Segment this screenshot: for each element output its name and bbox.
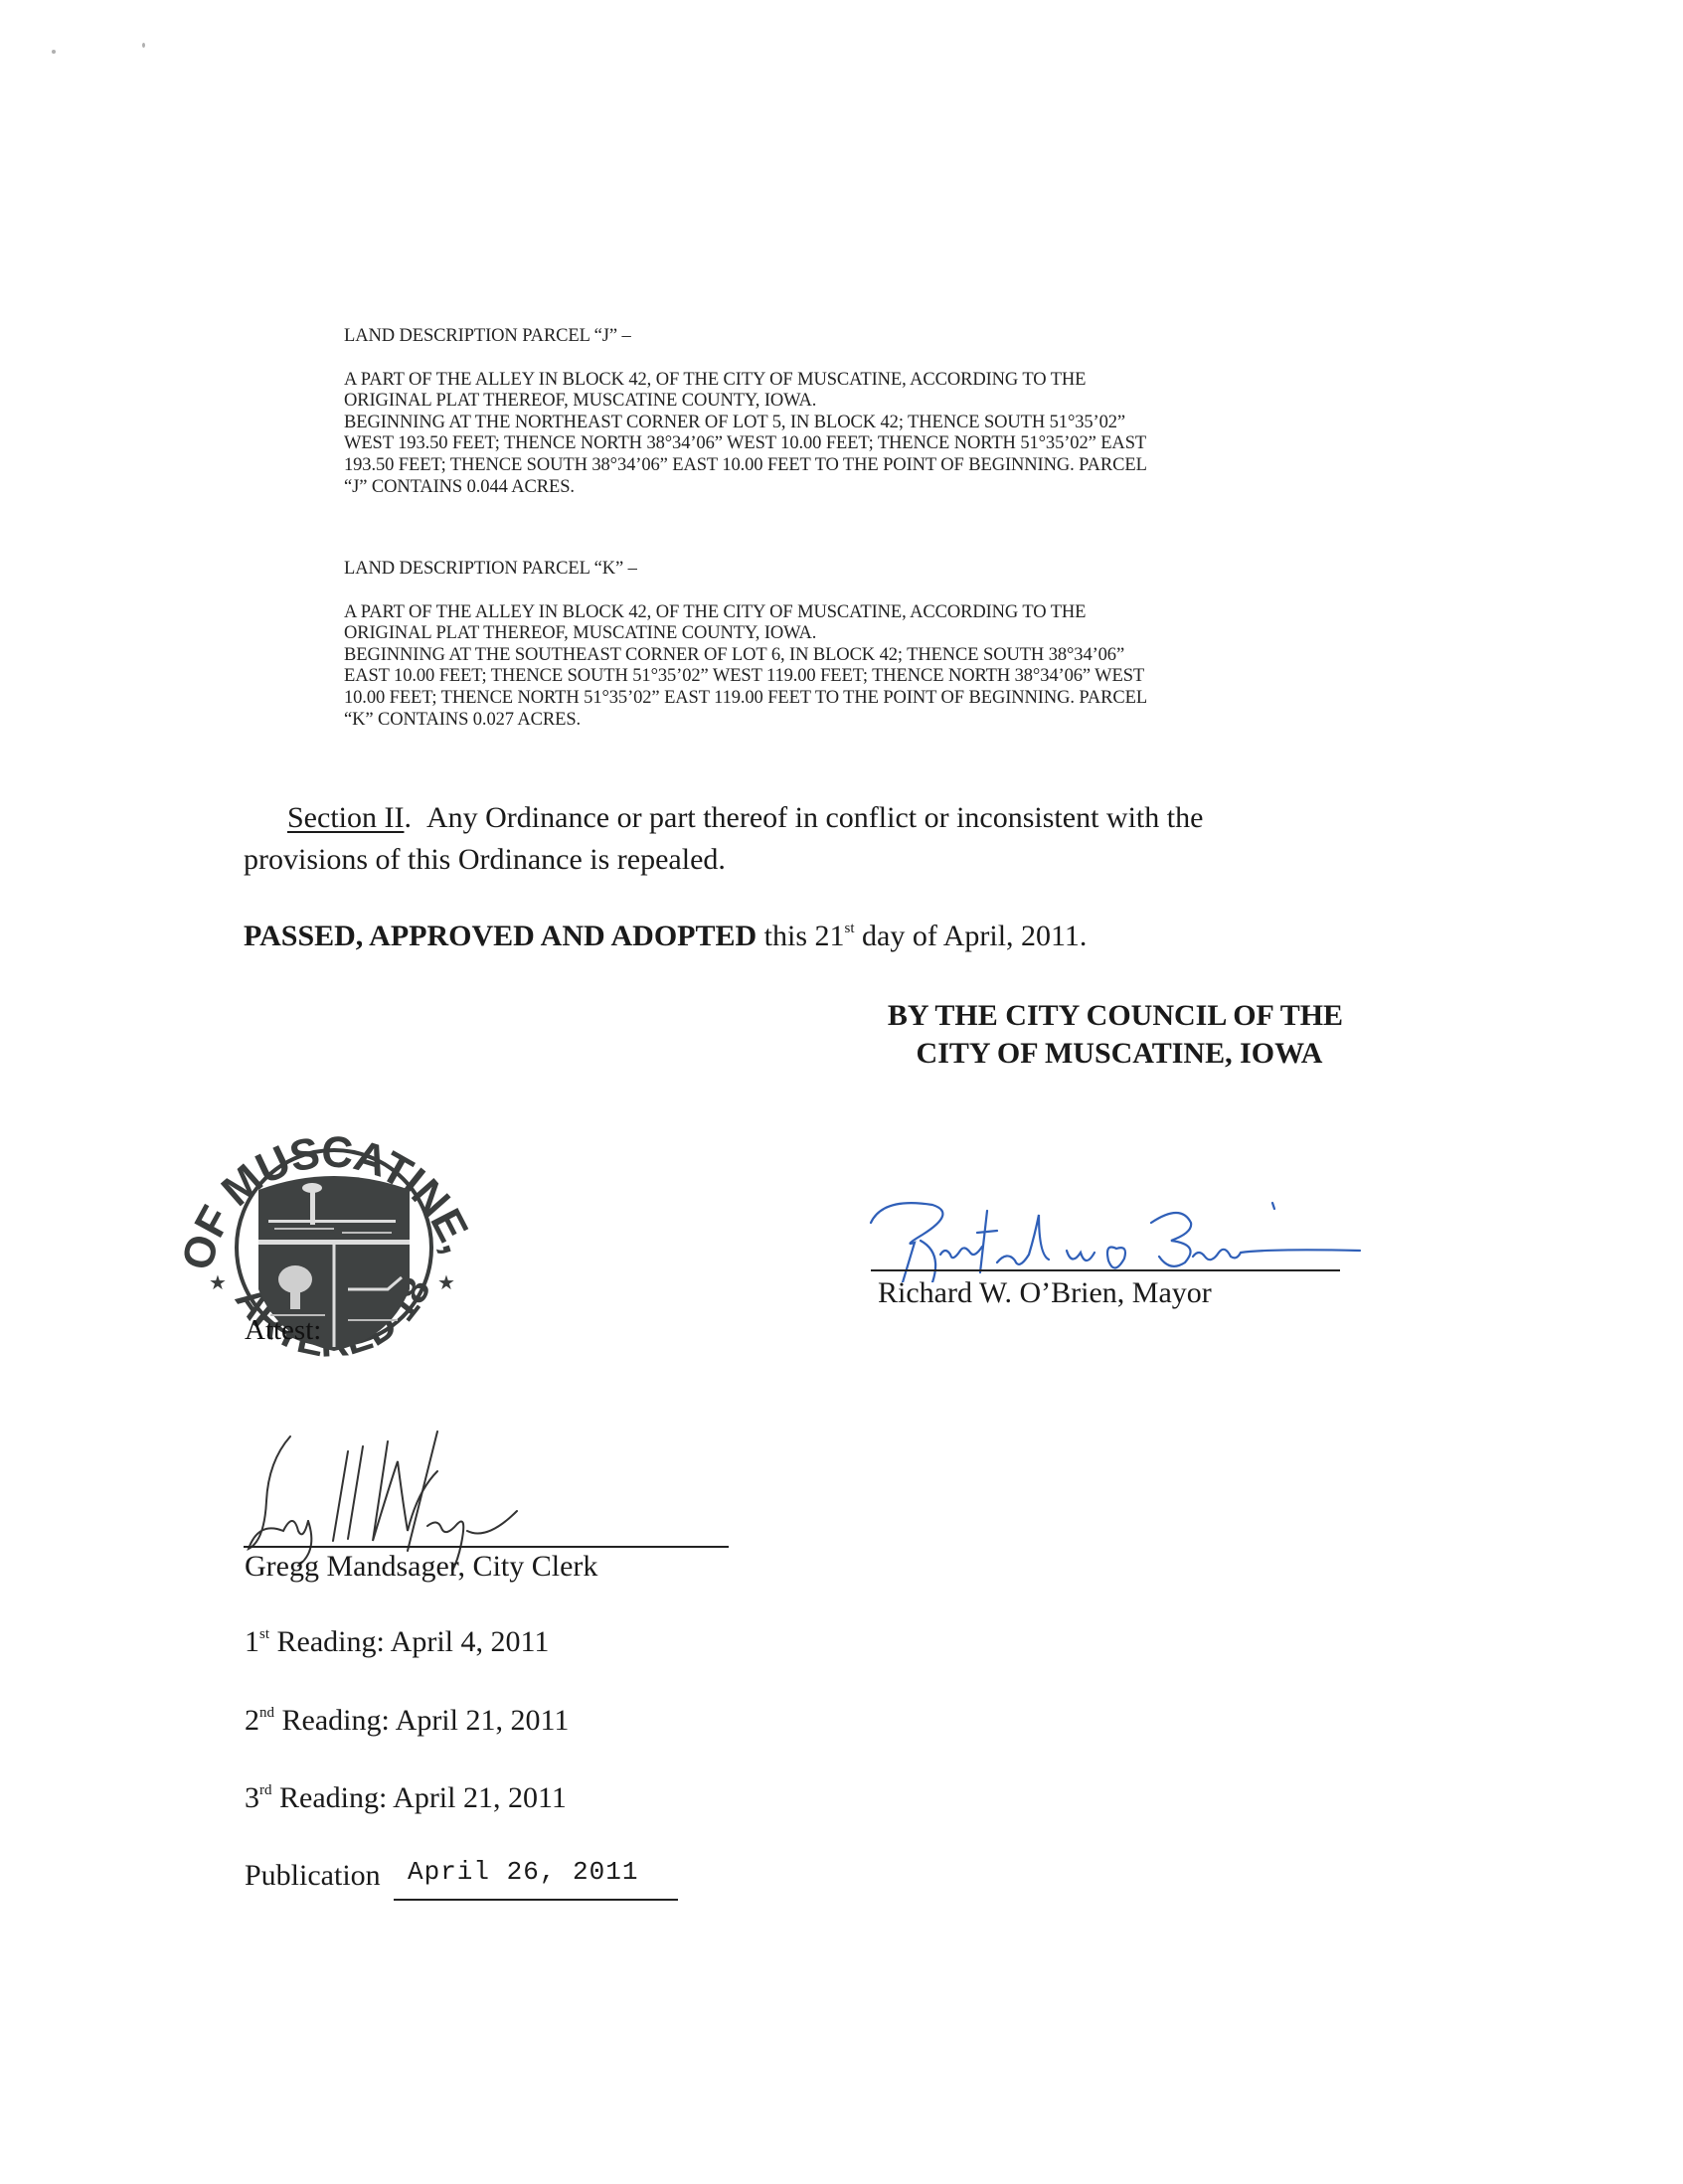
passed-pre: this 21 — [757, 920, 844, 952]
reading-text: Reading: April 21, 2011 — [274, 1704, 569, 1737]
mayor-signature — [863, 1183, 1420, 1282]
mayor-signature-line — [871, 1269, 1340, 1271]
reading-sup: st — [259, 1626, 269, 1642]
reading-1: 1st Reading: April 4, 2011 — [245, 1625, 549, 1659]
reading-sup: rd — [259, 1782, 272, 1798]
publication-line — [394, 1899, 678, 1901]
section-2-text: Any Ordinance or part thereof in conflic… — [426, 801, 1203, 834]
parcel-line: 193.50 FEET; THENCE SOUTH 38°34’06” EAST… — [344, 455, 1147, 477]
publication-label: Publication — [245, 1859, 381, 1893]
scan-speck — [142, 43, 145, 48]
parcel-heading: LAND DESCRIPTION PARCEL “J” – — [344, 326, 1147, 348]
passed-bold: PASSED, APPROVED AND ADOPTED — [244, 920, 757, 952]
parcel-line: BEGINNING AT THE SOUTHEAST CORNER OF LOT… — [344, 645, 1147, 667]
council-line-2: CITY OF MUSCATINE, IOWA — [857, 1035, 1374, 1073]
parcel-line: A PART OF THE ALLEY IN BLOCK 42, OF THE … — [344, 370, 1147, 392]
reading-text: Reading: April 4, 2011 — [269, 1625, 549, 1658]
parcel-line: ORIGINAL PLAT THEREOF, MUSCATINE COUNTY,… — [344, 391, 1147, 413]
parcel-k-description: LAND DESCRIPTION PARCEL “K” – A PART OF … — [344, 559, 1147, 731]
council-line-1: BY THE CITY COUNCIL OF THE — [857, 997, 1374, 1035]
section-2-line-2: provisions of this Ordinance is repealed… — [244, 843, 726, 877]
parcel-j-description: LAND DESCRIPTION PARCEL “J” – A PART OF … — [344, 326, 1147, 498]
section-2-label-period: . — [404, 801, 412, 834]
passed-sup: st — [845, 921, 855, 936]
passed-statement: PASSED, APPROVED AND ADOPTED this 21st d… — [244, 920, 1087, 953]
publication-date: April 26, 2011 — [408, 1857, 638, 1887]
reading-num: 2 — [245, 1704, 259, 1737]
svg-text:★: ★ — [209, 1270, 227, 1294]
mayor-name-title: Richard W. O’Brien, Mayor — [878, 1276, 1212, 1310]
parcel-line: EAST 10.00 FEET; THENCE SOUTH 51°35’02” … — [344, 666, 1147, 688]
section-2-label: Section II — [287, 801, 404, 834]
city-seal-icon: CITY OF MUSCATINE, IOWA CHARTERED 1851 ★… — [171, 1091, 489, 1409]
passed-post: day of April, 2011. — [855, 920, 1088, 952]
council-block: BY THE CITY COUNCIL OF THE CITY OF MUSCA… — [857, 997, 1374, 1073]
parcel-heading: LAND DESCRIPTION PARCEL “K” – — [344, 559, 1147, 581]
attest-label: Attest: — [245, 1314, 321, 1347]
parcel-line: A PART OF THE ALLEY IN BLOCK 42, OF THE … — [344, 602, 1147, 624]
reading-num: 3 — [245, 1781, 259, 1814]
reading-num: 1 — [245, 1625, 259, 1658]
reading-text: Reading: April 21, 2011 — [272, 1781, 567, 1814]
parcel-line: 10.00 FEET; THENCE NORTH 51°35’02” EAST … — [344, 688, 1147, 710]
clerk-signature-line — [244, 1546, 729, 1548]
parcel-line: “K” CONTAINS 0.027 ACRES. — [344, 710, 1147, 732]
svg-text:★: ★ — [437, 1270, 455, 1294]
clerk-signature — [239, 1422, 616, 1571]
clerk-name-title: Gregg Mandsager, City Clerk — [245, 1550, 597, 1584]
parcel-line: “J” CONTAINS 0.044 ACRES. — [344, 477, 1147, 499]
parcel-line: ORIGINAL PLAT THEREOF, MUSCATINE COUNTY,… — [344, 623, 1147, 645]
scan-speck — [52, 50, 56, 54]
section-2-line-1: Section II. Any Ordinance or part thereo… — [287, 801, 1203, 835]
parcel-line: BEGINNING AT THE NORTHEAST CORNER OF LOT… — [344, 413, 1147, 434]
parcel-line: WEST 193.50 FEET; THENCE NORTH 38°34’06”… — [344, 433, 1147, 455]
reading-sup: nd — [259, 1705, 274, 1721]
reading-3: 3rd Reading: April 21, 2011 — [245, 1781, 567, 1815]
reading-2: 2nd Reading: April 21, 2011 — [245, 1704, 569, 1738]
